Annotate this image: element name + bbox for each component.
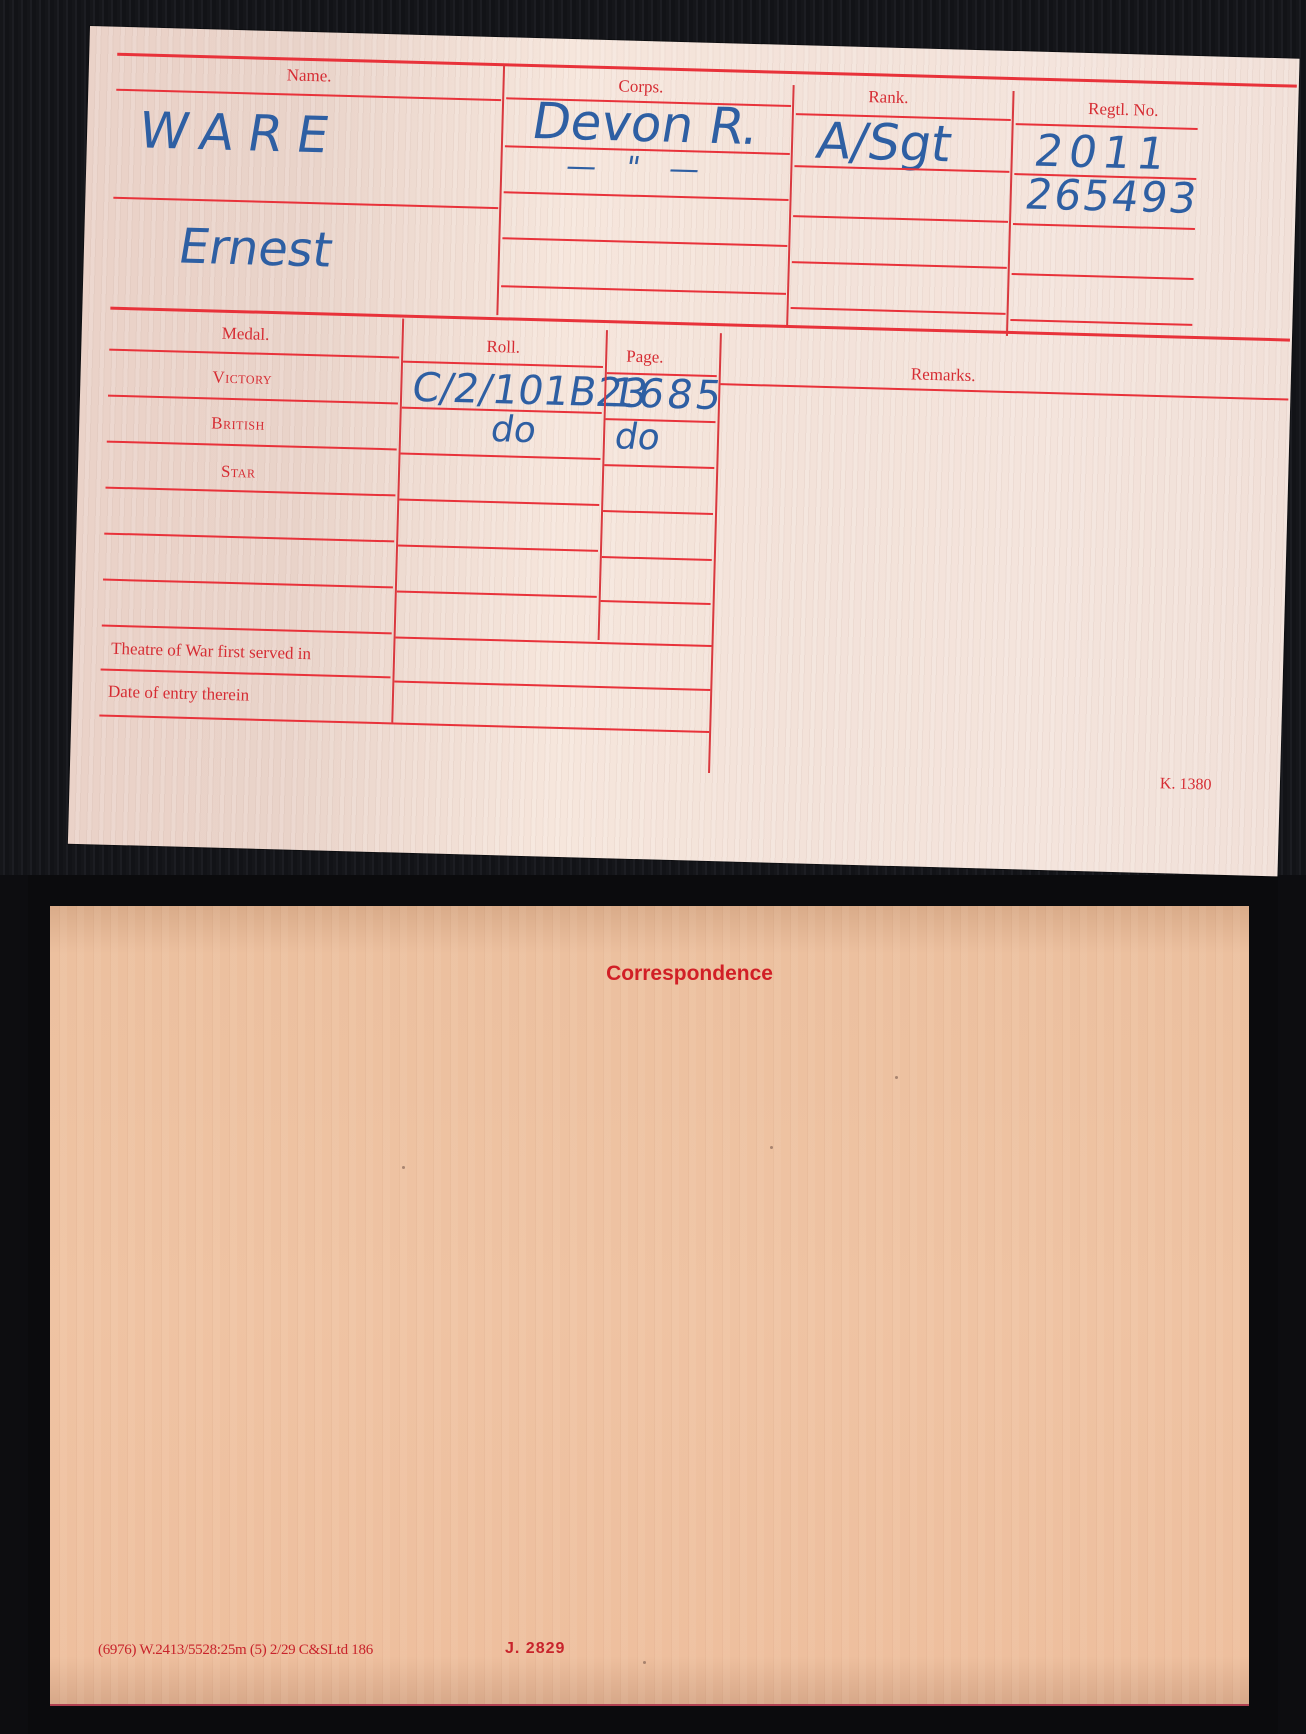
rule — [401, 453, 601, 460]
rule — [103, 579, 393, 589]
rule — [792, 261, 1007, 269]
rule — [102, 625, 392, 635]
date-entry-label: Date of entry therein — [108, 682, 250, 706]
rule — [1010, 319, 1192, 326]
name-header: Name. — [286, 65, 331, 86]
medal-star: Star — [221, 462, 256, 483]
theatre-label: Theatre of War first served in — [111, 639, 311, 664]
rule — [109, 349, 399, 359]
medal-victory: Victory — [212, 367, 272, 389]
paper-speck — [770, 1146, 773, 1149]
page-header: Page. — [626, 347, 664, 368]
rule — [99, 715, 709, 733]
british-page-entry: do — [612, 416, 664, 458]
rule — [1013, 223, 1195, 230]
rule — [105, 487, 395, 497]
victory-page-entry: 1685 — [606, 370, 727, 419]
regt-no-entry-2: 265493 — [1022, 169, 1202, 222]
rule — [396, 636, 712, 647]
rule — [721, 383, 1289, 400]
paper-speck — [895, 1076, 898, 1079]
col-divider — [496, 65, 504, 315]
rule — [104, 533, 394, 543]
forename-entry: Ernest — [174, 219, 336, 279]
medal-card-back: Correspondence (6976) W.2413/5528:25m (5… — [50, 906, 1249, 1706]
rule — [399, 499, 599, 506]
surname-entry: WARE — [134, 101, 347, 164]
rank-entry: A/Sgt — [812, 112, 956, 173]
rule — [398, 545, 598, 552]
rule — [397, 591, 597, 598]
rule — [604, 464, 714, 469]
paper-speck — [402, 1166, 405, 1169]
rule — [504, 191, 789, 201]
rank-header: Rank. — [868, 87, 909, 108]
rule — [101, 669, 391, 679]
col-divider — [391, 319, 403, 723]
rule — [793, 215, 1008, 223]
remarks-header: Remarks. — [911, 364, 976, 386]
rule — [107, 441, 397, 451]
correspondence-title: Correspondence — [50, 962, 1249, 986]
paper-speck — [643, 1661, 646, 1664]
rule — [116, 89, 501, 101]
rule — [502, 237, 787, 247]
rule — [113, 197, 498, 209]
medal-header: Medal. — [221, 324, 269, 345]
rule — [791, 307, 1006, 315]
rule — [1012, 273, 1194, 280]
rule — [602, 556, 712, 561]
form-number: K. 1380 — [1160, 775, 1212, 794]
medal-british: British — [211, 413, 265, 434]
form-code: J. 2829 — [505, 1640, 565, 1658]
british-roll-entry: do — [488, 409, 540, 451]
rule — [108, 395, 398, 405]
rule — [394, 680, 710, 691]
rule — [501, 285, 786, 295]
col-divider — [786, 85, 794, 325]
rule — [601, 600, 711, 605]
roll-header: Roll. — [486, 337, 520, 358]
print-code: (6976) W.2413/5528:25m (5) 2/29 C&SLtd 1… — [98, 1642, 373, 1659]
col-divider — [1006, 91, 1014, 336]
corps-ditto: — " — — [563, 149, 712, 188]
section-rule — [110, 307, 1290, 342]
rule — [603, 510, 713, 515]
medal-card-front: Name. WARE Ernest Corps. Devon R. — " — … — [68, 26, 1300, 876]
regt-no-header: Regtl. No. — [1088, 99, 1159, 121]
